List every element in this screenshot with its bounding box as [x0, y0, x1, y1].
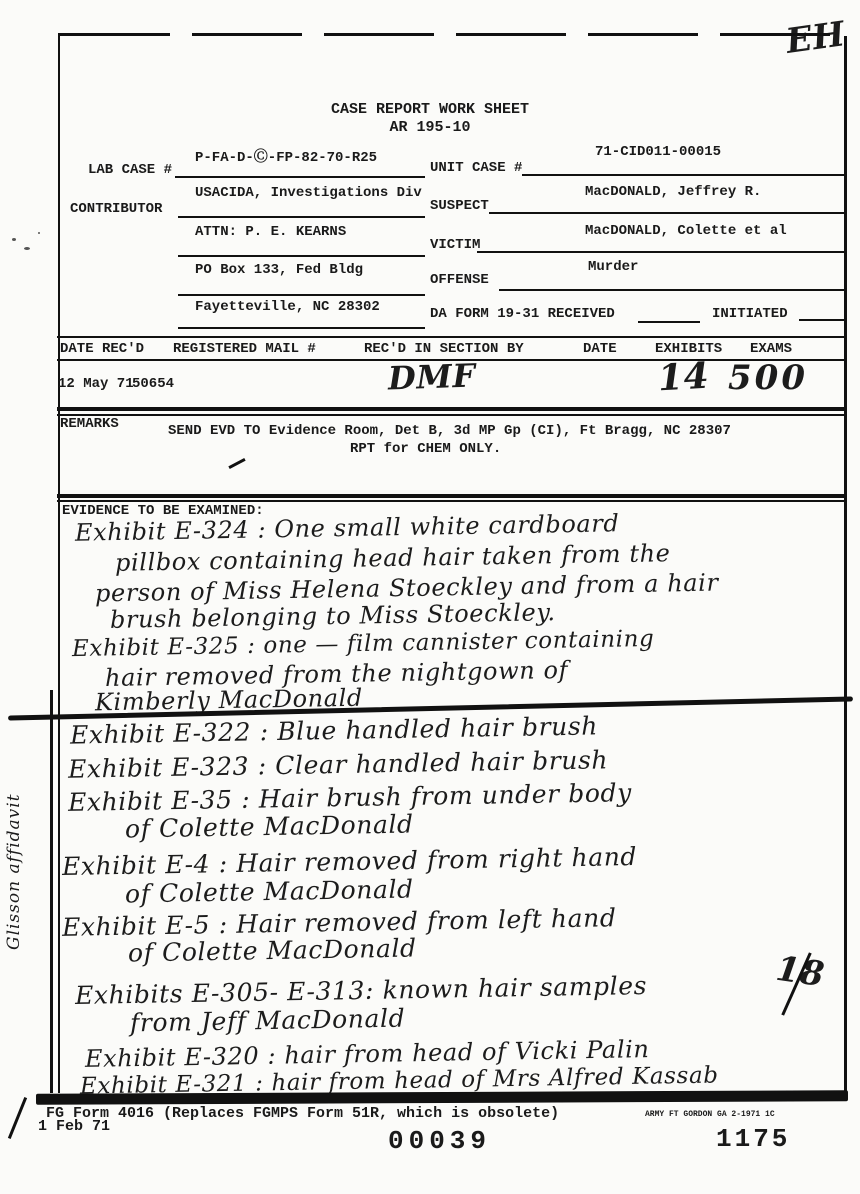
scan-speckle: [38, 232, 40, 234]
unit-case-value: 71-CID011-00015: [595, 144, 721, 160]
unit-case-underline: [522, 174, 844, 176]
pencil-tick-mark: [228, 458, 245, 469]
footer-page-stamp-number: 00039: [388, 1126, 491, 1156]
handwritten-initials: EH: [784, 14, 848, 62]
remarks-box-bottom-rule2: [57, 500, 847, 502]
scanned-case-report-worksheet: EH CASE REPORT WORK SHEET AR 195-10 P-FA…: [0, 0, 860, 1194]
evidence-line: from Jeff MacDonald: [130, 1004, 406, 1038]
remarks-line1: SEND EVD TO Evidence Room, Det B, 3d MP …: [168, 423, 731, 439]
offense-value: Murder: [588, 259, 638, 275]
handwritten-margin-note: Glisson affidavit: [4, 712, 24, 950]
bottom-scan-band: [36, 1090, 848, 1105]
contributor-underline: [178, 216, 425, 218]
offense-underline: [499, 289, 844, 291]
footer-form-date: 1 Feb 71: [38, 1118, 110, 1135]
city-value: Fayetteville, NC 28302: [195, 299, 380, 315]
table-row-date-recd: 12 May 71: [58, 376, 134, 392]
scan-speckle: [24, 247, 30, 250]
suspect-label: SUSPECT: [430, 198, 489, 214]
evidence-line: of Colette MacDonald: [128, 933, 417, 967]
col-header-recd-in-section-by: REC'D IN SECTION BY: [364, 341, 524, 357]
footer-document-number: 1175: [716, 1124, 790, 1154]
corner-stroke-mark: [8, 1097, 27, 1139]
remarks-line2: RPT for CHEM ONLY.: [350, 441, 501, 457]
col-header-exhibits: EXHIBITS: [655, 341, 722, 357]
lab-case-label: LAB CASE #: [88, 162, 172, 178]
lab-case-underline: [175, 176, 425, 178]
contributor-value: USACIDA, Investigations Div: [195, 185, 422, 201]
form-left-border: [58, 33, 60, 1093]
table-row-recd-by-handwritten: DMF: [387, 356, 476, 397]
suspect-underline: [489, 212, 844, 214]
lab-case-value: P-FA-D-Ⓒ-FP-82-70-R25: [195, 146, 377, 166]
col-header-date-recd: DATE REC'D: [60, 341, 144, 357]
contributor-label: CONTRIBUTOR: [70, 201, 162, 217]
table-row-mail-no: 50654: [132, 376, 174, 392]
table-row-exams-handwritten: 500: [728, 358, 808, 398]
address-underline: [178, 294, 425, 296]
col-header-date: DATE: [583, 341, 617, 357]
remarks-box-top-rule: [57, 407, 847, 411]
offense-label: OFFENSE: [430, 272, 489, 288]
initiated-label: INITIATED: [712, 306, 788, 322]
scan-speckle: [12, 238, 16, 241]
table-row-exhibits-handwritten: 14: [657, 355, 710, 400]
table-top-rule: [57, 336, 847, 338]
handdrawn-margin-line: [50, 690, 53, 1093]
attn-value: ATTN: P. E. KEARNS: [195, 224, 346, 240]
address-value: PO Box 133, Fed Bldg: [195, 262, 363, 278]
suspect-value: MacDONALD, Jeffrey R.: [585, 184, 761, 200]
victim-underline: [477, 251, 844, 253]
form-subtitle: AR 195-10: [250, 119, 610, 136]
form-right-border: [844, 36, 847, 1093]
footer-form-identifier: FG Form 4016 (Replaces FGMPS Form 51R, w…: [46, 1105, 559, 1122]
attn-underline: [178, 255, 425, 257]
form-top-border: [60, 33, 846, 36]
received-blank-underline: [638, 321, 700, 323]
evidence-line: Exhibit E-323 : Clear handled hair brush: [68, 745, 609, 783]
footer-army-printing-note: ARMY FT GORDON GA 2-1971 1C: [645, 1110, 775, 1119]
evidence-line: of Colette MacDonald: [125, 874, 414, 908]
victim-value: MacDONALD, Colette et al: [585, 223, 787, 239]
col-header-exams: EXAMS: [750, 341, 792, 357]
da-form-label: DA FORM 19-31 RECEIVED: [430, 306, 615, 322]
remarks-box-bottom-rule: [57, 494, 847, 498]
victim-label: VICTIM: [430, 237, 480, 253]
remarks-label: REMARKS: [60, 416, 119, 432]
unit-case-label: UNIT CASE #: [430, 160, 522, 176]
city-underline: [178, 327, 425, 329]
form-title: CASE REPORT WORK SHEET: [250, 101, 610, 118]
initiated-blank-underline: [799, 319, 845, 321]
col-header-registered-mail: REGISTERED MAIL #: [173, 341, 316, 357]
evidence-line: of Colette MacDonald: [125, 809, 414, 843]
remarks-box-top-rule2: [57, 414, 847, 416]
